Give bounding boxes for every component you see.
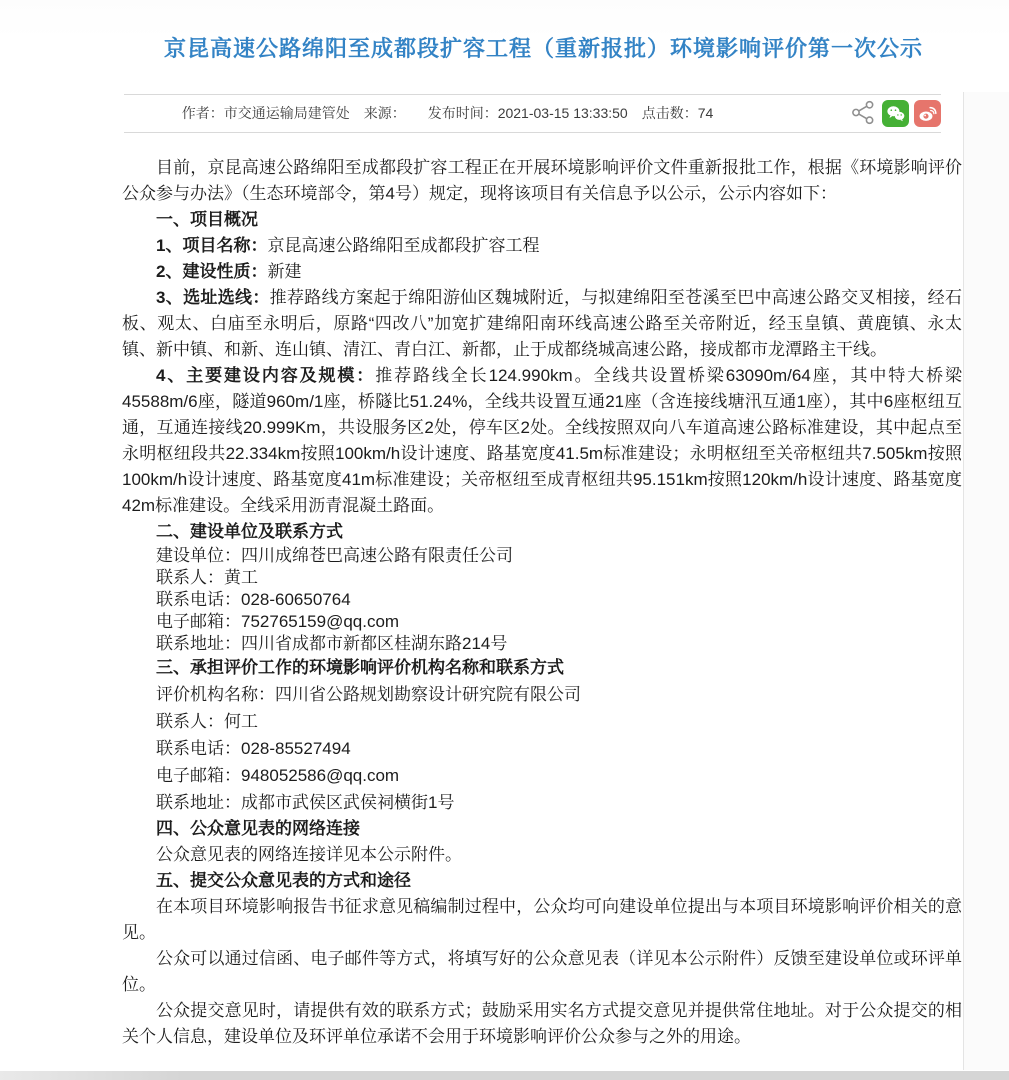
article-page: 京昆高速公路绵阳至成都段扩容工程（重新报批）环境影响评价第一次公示 作者：市交通… — [0, 0, 1009, 1080]
construction-scale-item: 4、主要建设内容及规模：推荐路线全长124.990km。全线共设置桥梁63090… — [122, 363, 962, 519]
article-body: 目前，京昆高速公路绵阳至成都段扩容工程正在开展环境影响评价文件重新报批工作，根据… — [122, 155, 962, 1050]
assessor-phone-line: 联系电话：028-85527494 — [122, 735, 962, 762]
route-selection-item: 3、选址选线：推荐路线方案起于绵阳游仙区魏城附近，与拟建绵阳至苍溪至巴中高速公路… — [122, 285, 962, 363]
construction-nature-item: 2、建设性质：新建 — [122, 259, 962, 285]
share-nodes-icon — [850, 100, 877, 128]
assessor-contact-block: 评价机构名称：四川省公路规划勘察设计研究院有限公司 联系人：何工 联系电话：02… — [122, 681, 962, 816]
time-value: 2021-03-15 13:33:50 — [498, 95, 628, 132]
section-1-heading: 一、项目概况 — [122, 207, 962, 233]
hits-label: 点击数： — [642, 95, 698, 132]
assessor-address-line: 联系地址：成都市武侯区武侯祠横街1号 — [122, 789, 962, 816]
share-toolbar — [850, 95, 941, 132]
assessor-name-line: 评价机构名称：四川省公路规划勘察设计研究院有限公司 — [122, 681, 962, 708]
intro-paragraph: 目前，京昆高速公路绵阳至成都段扩容工程正在开展环境影响评价文件重新报批工作，根据… — [122, 155, 962, 207]
section-5-paragraph-3: 公众提交意见时，请提供有效的联系方式；鼓励采用实名方式提交意见并提供常住地址。对… — [122, 998, 962, 1050]
author-value: 市交通运输局建管处 — [224, 95, 350, 132]
section-4-heading: 四、公众意见表的网络连接 — [122, 816, 962, 842]
meta-text: 作者：市交通运输局建管处来源：发布时间：2021-03-15 13:33:50点… — [124, 95, 771, 132]
project-name-value: 京昆高速公路绵阳至成都段扩容工程 — [267, 236, 539, 255]
builder-unit-line: 建设单位：四川成绵苍巴高速公路有限责任公司 — [122, 545, 962, 567]
builder-address-line: 联系地址：四川省成都市新都区桂湖东路214号 — [122, 633, 962, 655]
project-name-item: 1、项目名称：京昆高速公路绵阳至成都段扩容工程 — [122, 233, 962, 259]
route-selection-label: 3、选址选线： — [156, 288, 270, 307]
page-bottom-edge — [0, 1071, 1009, 1080]
weibo-icon — [914, 100, 941, 127]
section-5-paragraph-1: 在本项目环境影响报告书征求意见稿编制过程中，公众均可向建设单位提出与本项目环境影… — [122, 894, 962, 946]
section-4-body: 公众意见表的网络连接详见本公示附件。 — [122, 842, 962, 868]
wechat-icon — [882, 100, 909, 127]
construction-nature-label: 2、建设性质： — [156, 262, 267, 281]
page-title: 京昆高速公路绵阳至成都段扩容工程（重新报批）环境影响评价第一次公示 — [122, 0, 965, 64]
page-right-margin — [964, 92, 1009, 1070]
section-5-paragraph-2: 公众可以通过信函、电子邮件等方式，将填写好的公众意见表（详见本公示附件）反馈至建… — [122, 946, 962, 998]
source-label: 来源： — [364, 95, 406, 132]
content-right-border — [963, 92, 964, 1070]
project-name-label: 1、项目名称： — [156, 236, 267, 255]
section-5-heading: 五、提交公众意见表的方式和途径 — [122, 868, 962, 894]
share-weibo-button[interactable] — [914, 100, 941, 127]
construction-scale-label: 4、主要建设内容及规模： — [156, 366, 375, 385]
author-label: 作者： — [182, 95, 224, 132]
share-wechat-button[interactable] — [882, 100, 909, 127]
section-3-heading: 三、承担评价工作的环境影响评价机构名称和联系方式 — [122, 655, 962, 681]
assessor-email-line: 电子邮箱：948052586@qq.com — [122, 762, 962, 789]
hits-value: 74 — [698, 95, 714, 132]
time-label: 发布时间： — [428, 95, 498, 132]
construction-scale-value: 推荐路线全长124.990km。全线共设置桥梁63090m/64座，其中特大桥梁… — [122, 366, 962, 515]
section-2-heading: 二、建设单位及联系方式 — [122, 519, 962, 545]
meta-bar: 作者：市交通运输局建管处来源：发布时间：2021-03-15 13:33:50点… — [124, 94, 941, 133]
share-button[interactable] — [850, 100, 877, 128]
assessor-contact-person-line: 联系人：何工 — [122, 708, 962, 735]
builder-phone-line: 联系电话：028-60650764 — [122, 589, 962, 611]
builder-contact-block: 建设单位：四川成绵苍巴高速公路有限责任公司 联系人：黄工 联系电话：028-60… — [122, 545, 962, 655]
builder-contact-person-line: 联系人：黄工 — [122, 567, 962, 589]
construction-nature-value: 新建 — [267, 262, 301, 281]
builder-email-line: 电子邮箱：752765159@qq.com — [122, 611, 962, 633]
